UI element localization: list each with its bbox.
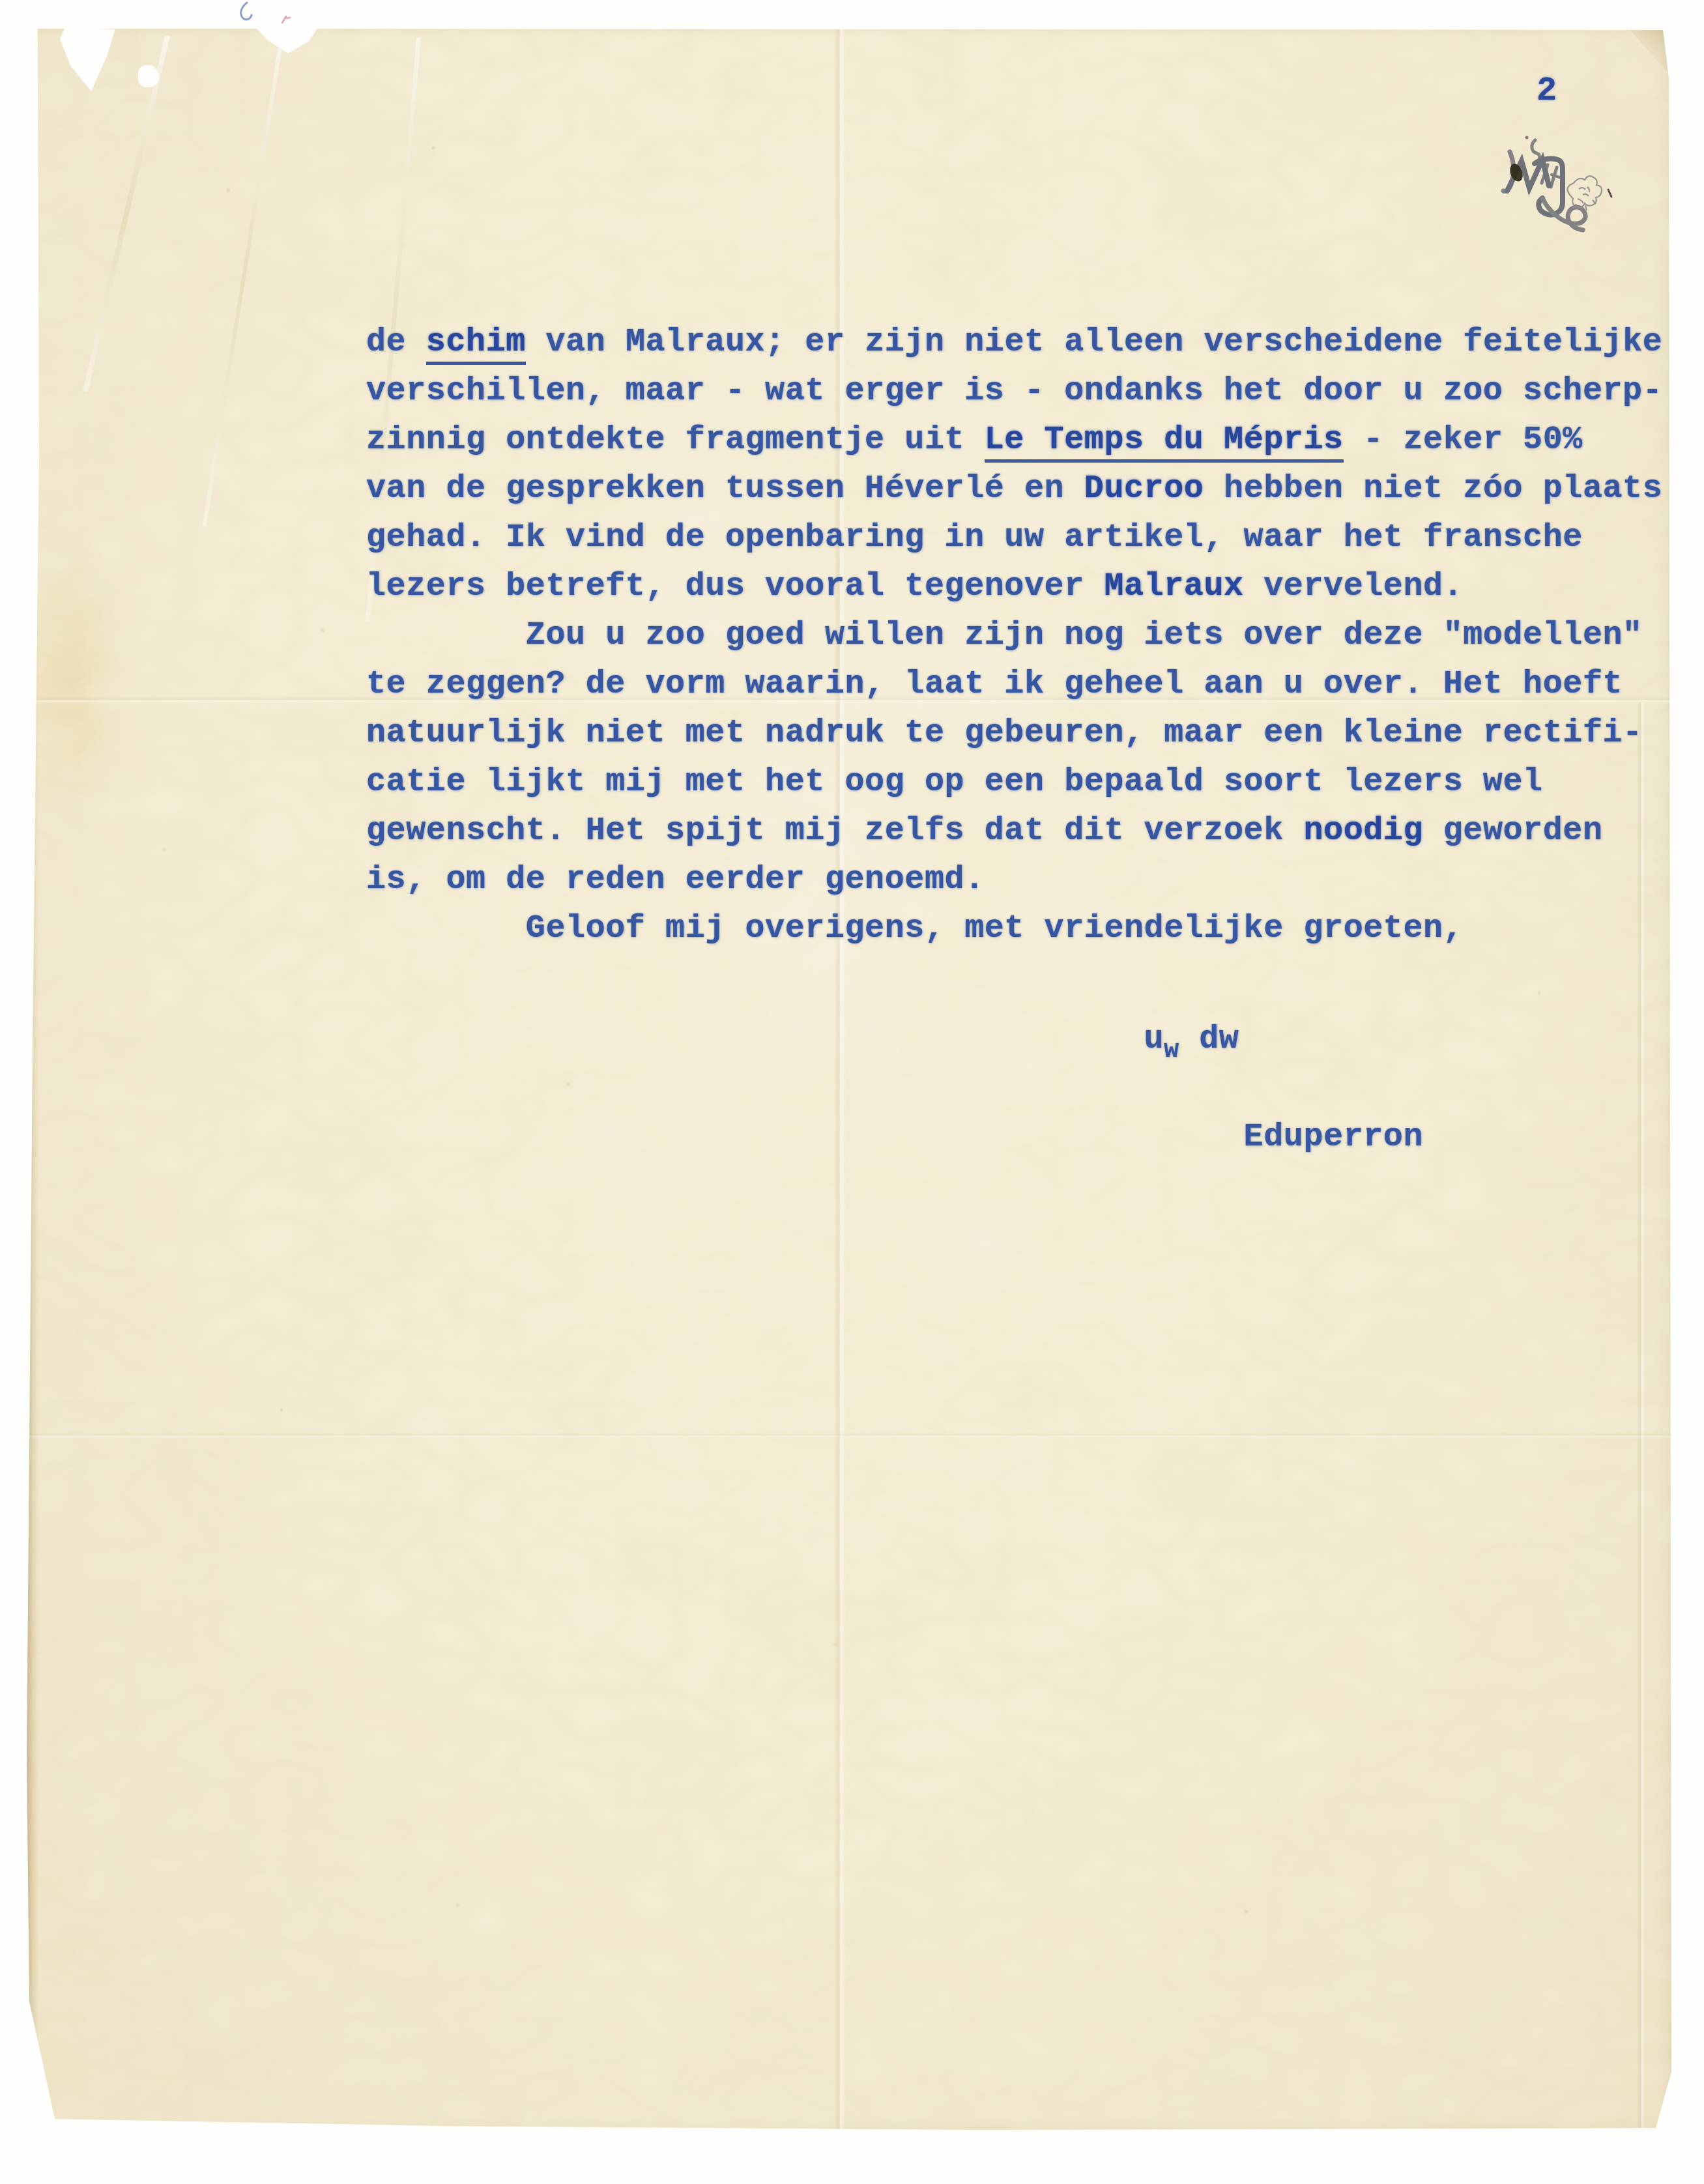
stray-pen-mark (231, 1, 257, 25)
letter-line: zinnig ontdekte fragmentje uit Le Temps … (366, 416, 1702, 465)
letter-line: van de gesprekken tussen Héverlé en Ducr… (366, 465, 1702, 513)
letter-page: 2 (26, 27, 1673, 2137)
letter-line: te zeggen? de vorm waarin, laat ik gehee… (366, 660, 1702, 709)
letter-line: gehad. Ik vind de openbaring in uw artik… (366, 513, 1702, 562)
letter-line (366, 953, 1702, 1015)
scanner-background: 2 (0, 0, 1704, 2184)
letter-line: is, om de reden eerder genoemd. (366, 855, 1702, 904)
letter-line (366, 1064, 1702, 1113)
letter-line: verschillen, maar - wat erger is - ondan… (366, 367, 1702, 416)
letter-line: gewenscht. Het spijt mij zelfs dat dit v… (366, 807, 1702, 855)
letter-line: lezers betreft, dus vooral tegenover Mal… (366, 562, 1702, 611)
letter-body: de schim van Malraux; er zijn niet allee… (366, 318, 1702, 1162)
letter-line: Zou u zoo goed willen zijn nog iets over… (366, 611, 1702, 660)
letter-line: catie lijkt mij met het oog op een bepaa… (366, 758, 1702, 807)
stray-pink-mark (280, 14, 292, 25)
paper-tear (138, 65, 159, 87)
letter-line: Geloof mij overigens, met vriendelijke g… (366, 904, 1702, 953)
scanned-letter: { "page": { "number": "2" }, "annotation… (0, 0, 1704, 2184)
letter-line: de schim van Malraux; er zijn niet allee… (366, 318, 1702, 367)
crest-stamp-icon (1568, 176, 1602, 210)
letter-line: natuurlijk niet met nadruk te gebeuren, … (366, 709, 1702, 758)
letter-line: Eduperron (366, 1113, 1702, 1162)
page-number: 2 (1537, 74, 1557, 108)
pencil-monogram-icon (1469, 127, 1619, 238)
letter-line: uw dw (366, 1015, 1702, 1064)
